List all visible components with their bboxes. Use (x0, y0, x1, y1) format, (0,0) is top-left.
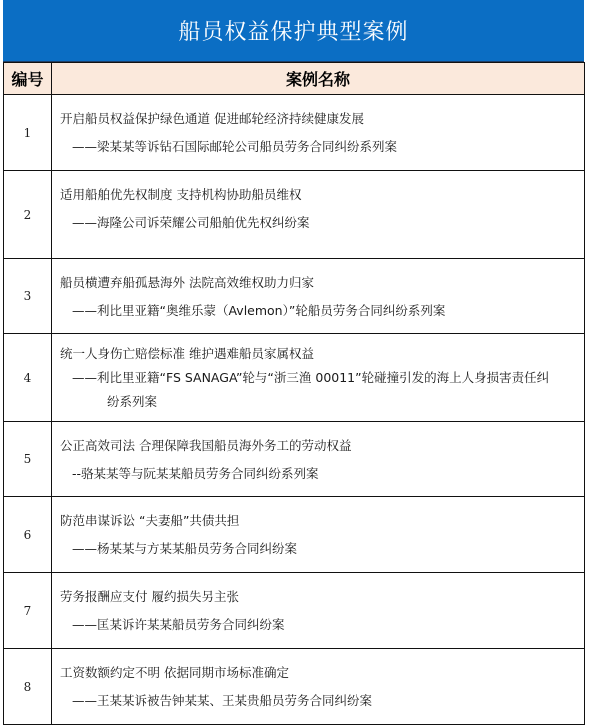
case-subtitle: --骆某某等与阮某某船员劳务合同纠纷系列案 (60, 464, 584, 484)
case-number: 8 (4, 649, 52, 725)
table-row: 5公正高效司法 合理保障我国船员海外务工的劳动权益--骆某某等与阮某某船员劳务合… (4, 422, 585, 497)
table-row: 3船员横遭弃船孤悬海外 法院高效维权助力归家——利比里亚籍“奥维乐蒙（Avlem… (4, 259, 585, 334)
table-row: 6防范串谋诉讼 “夫妻船”共债共担——杨某某与方某某船员劳务合同纠纷案 (4, 497, 585, 573)
case-cell: 统一人身伤亡赔偿标准 维护遇难船员家属权益——利比里亚籍“FS SANAGA”轮… (52, 334, 585, 422)
case-table-container: 船员权益保护典型案例 编号 案例名称 1开启船员权益保护绿色通道 促进邮轮经济持… (3, 0, 584, 725)
case-cell: 开启船员权益保护绿色通道 促进邮轮经济持续健康发展——梁某某等诉钻石国际邮轮公司… (52, 95, 585, 171)
case-title: 适用船舶优先权制度 支持机构协助船员维权 (60, 185, 584, 205)
header-number: 编号 (4, 63, 52, 95)
table-row: 4统一人身伤亡赔偿标准 维护遇难船员家属权益——利比里亚籍“FS SANAGA”… (4, 334, 585, 422)
table-title: 船员权益保护典型案例 (3, 0, 584, 62)
table-row: 8工资数额约定不明 依据同期市场标准确定——王某某诉被告钟某某、王某贵船员劳务合… (4, 649, 585, 725)
case-title: 防范串谋诉讼 “夫妻船”共债共担 (60, 511, 584, 531)
case-title: 劳务报酬应支付 履约损失另主张 (60, 587, 584, 607)
case-subtitle: ——利比里亚籍“FS SANAGA”轮与“浙三渔 00011”轮碰撞引发的海上人… (60, 368, 584, 388)
case-subtitle: ——匡某诉许某某船员劳务合同纠纷案 (60, 615, 584, 635)
case-cell: 劳务报酬应支付 履约损失另主张——匡某诉许某某船员劳务合同纠纷案 (52, 573, 585, 649)
case-title: 工资数额约定不明 依据同期市场标准确定 (60, 663, 584, 683)
case-number: 2 (4, 171, 52, 259)
case-title: 公正高效司法 合理保障我国船员海外务工的劳动权益 (60, 436, 584, 456)
case-title: 开启船员权益保护绿色通道 促进邮轮经济持续健康发展 (60, 109, 584, 129)
case-cell: 公正高效司法 合理保障我国船员海外务工的劳动权益--骆某某等与阮某某船员劳务合同… (52, 422, 585, 497)
table-row: 1开启船员权益保护绿色通道 促进邮轮经济持续健康发展——梁某某等诉钻石国际邮轮公… (4, 95, 585, 171)
case-cell: 船员横遭弃船孤悬海外 法院高效维权助力归家——利比里亚籍“奥维乐蒙（Avlemo… (52, 259, 585, 334)
case-number: 4 (4, 334, 52, 422)
case-subtitle: ——海隆公司诉荣耀公司船舶优先权纠纷案 (60, 213, 584, 233)
case-subtitle: ——杨某某与方某某船员劳务合同纠纷案 (60, 539, 584, 559)
case-title: 船员横遭弃船孤悬海外 法院高效维权助力归家 (60, 273, 584, 293)
case-table: 编号 案例名称 1开启船员权益保护绿色通道 促进邮轮经济持续健康发展——梁某某等… (3, 62, 585, 725)
case-number: 5 (4, 422, 52, 497)
case-number: 7 (4, 573, 52, 649)
header-row: 编号 案例名称 (4, 63, 585, 95)
table-row: 7劳务报酬应支付 履约损失另主张——匡某诉许某某船员劳务合同纠纷案 (4, 573, 585, 649)
case-subtitle: ——王某某诉被告钟某某、王某贵船员劳务合同纠纷案 (60, 691, 584, 711)
case-cell: 防范串谋诉讼 “夫妻船”共债共担——杨某某与方某某船员劳务合同纠纷案 (52, 497, 585, 573)
case-subtitle: ——利比里亚籍“奥维乐蒙（Avlemon）”轮船员劳务合同纠纷系列案 (60, 301, 584, 321)
case-title: 统一人身伤亡赔偿标准 维护遇难船员家属权益 (60, 344, 584, 364)
case-cell: 工资数额约定不明 依据同期市场标准确定——王某某诉被告钟某某、王某贵船员劳务合同… (52, 649, 585, 725)
case-number: 1 (4, 95, 52, 171)
table-row: 2适用船舶优先权制度 支持机构协助船员维权——海隆公司诉荣耀公司船舶优先权纠纷案 (4, 171, 585, 259)
case-number: 6 (4, 497, 52, 573)
case-number: 3 (4, 259, 52, 334)
case-cell: 适用船舶优先权制度 支持机构协助船员维权——海隆公司诉荣耀公司船舶优先权纠纷案 (52, 171, 585, 259)
case-subtitle-continuation: 纷系列案 (60, 392, 584, 412)
case-subtitle: ——梁某某等诉钻石国际邮轮公司船员劳务合同纠纷系列案 (60, 137, 584, 157)
header-case-name: 案例名称 (52, 63, 585, 95)
